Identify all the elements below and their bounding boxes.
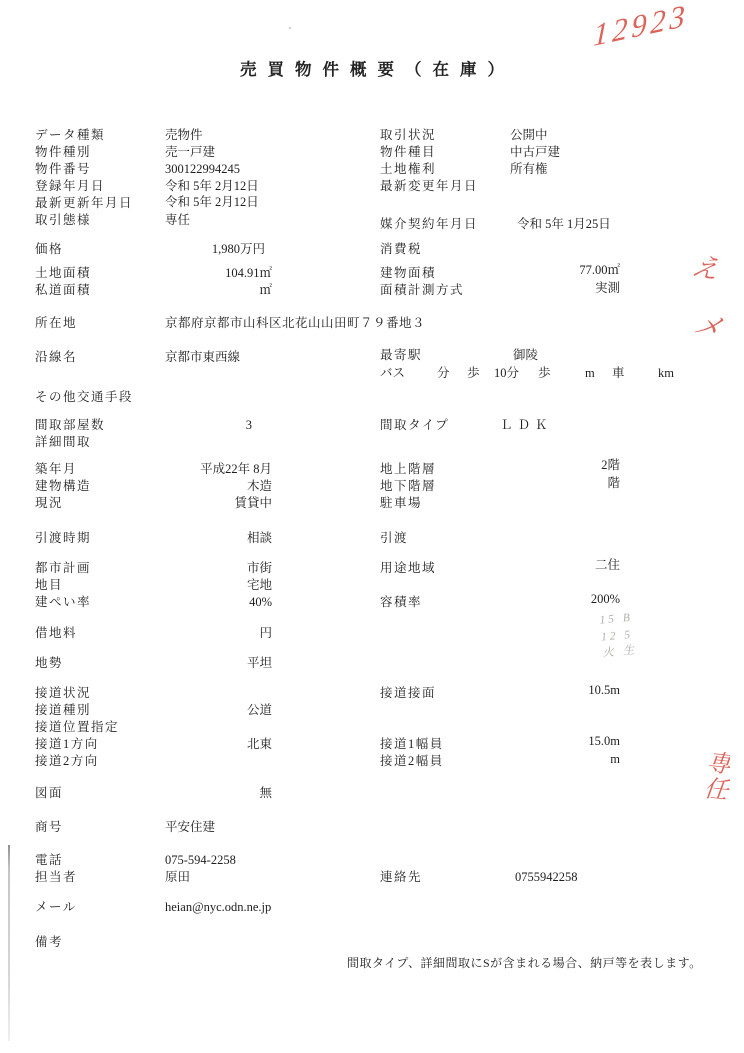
field-value-road1-width: 15.0m (470, 734, 620, 750)
field-value-terrain: 平坦 (150, 656, 272, 672)
transit-token-min: 分 (437, 366, 450, 382)
field-label-private-road: 私道面積 (35, 283, 91, 299)
field-value-brokerage-date: 令和 5年 1月25日 (517, 217, 611, 233)
field-label-road1-width: 接道1幅員 (380, 737, 444, 753)
field-label-property-no: 物件番号 (35, 162, 91, 178)
field-label-property-kind: 物件種別 (35, 145, 91, 161)
field-value-land-area: 104.91㎡ (150, 266, 272, 282)
field-value-land-rights: 所有権 (510, 162, 548, 178)
field-label-transaction-mode: 取引態様 (35, 213, 91, 229)
field-value-reg-date: 令和 5年 2月12日 (165, 179, 259, 195)
field-label-road-position: 接道位置指定 (35, 720, 119, 736)
field-label-floors-below: 地下階層 (380, 479, 436, 495)
field-value-drawing: 無 (150, 786, 272, 802)
transit-token-m: m (585, 366, 595, 382)
field-value-zoning: 二住 (470, 558, 620, 574)
pencil-scribble: 15 B 12 5 火 生 (599, 610, 638, 663)
field-label-data-type: データ種類 (35, 128, 105, 144)
field-label-far: 容積率 (380, 595, 422, 611)
field-value-road1-dir: 北東 (150, 737, 272, 753)
field-value-property-kind: 売一戸建 (165, 145, 215, 161)
field-value-transaction-mode: 専任 (165, 213, 190, 229)
field-value-measure-method: 実測 (470, 281, 620, 297)
field-value-land-rent: 円 (150, 626, 272, 642)
field-value-rooms: 3 (150, 418, 252, 434)
field-label-current-state: 現況 (35, 496, 63, 512)
field-value-email: heian@nyc.odn.ne.jp (165, 900, 271, 916)
field-label-layout-type: 間取タイプ (380, 418, 449, 434)
field-value-contact: 0755942258 (515, 870, 578, 886)
transit-token-km: km (658, 366, 674, 382)
field-label-structure: 建物構造 (35, 479, 91, 495)
scan-artifact-speck (289, 27, 291, 29)
field-value-data-type: 売物件 (165, 128, 203, 144)
field-value-handover-time: 相談 (150, 531, 272, 547)
field-value-deal-status: 公開中 (510, 128, 548, 144)
field-label-station: 最寄駅 (380, 348, 422, 364)
field-label-land-area: 土地面積 (35, 266, 91, 282)
field-label-land-category: 地目 (35, 578, 63, 594)
page-title: 売買物件概要（在庫） (0, 60, 744, 81)
handwritten-side-mark-2: メ (690, 308, 728, 346)
field-value-line-name: 京都市東西線 (165, 350, 240, 366)
transit-token-car: 車 (612, 366, 625, 382)
field-label-road2-dir: 接道2方向 (35, 754, 99, 770)
field-label-land-rights: 土地権利 (380, 162, 436, 178)
field-label-land-rent: 借地料 (35, 626, 77, 642)
field-label-last-update: 最新更新年月日 (35, 196, 133, 212)
field-label-zoning: 用途地域 (380, 561, 436, 577)
field-value-city-plan: 市街 (150, 561, 272, 577)
field-label-phone: 電話 (35, 853, 63, 869)
handwritten-vertical-note: 専任 (696, 749, 731, 804)
field-label-road-status: 接道状況 (35, 686, 91, 702)
field-value-property-no: 300122994245 (165, 162, 240, 178)
field-label-handover-time: 引渡時期 (35, 531, 91, 547)
field-label-property-category: 物件種目 (380, 145, 436, 161)
field-value-building-area: 77.00㎡ (470, 263, 620, 279)
field-label-layout-detail: 詳細間取 (35, 435, 91, 451)
field-label-drawing: 図面 (35, 786, 63, 802)
field-value-road2-width: m (470, 752, 620, 768)
field-label-remarks: 備考 (35, 935, 63, 951)
transit-token-walk-min: 10分 (494, 366, 519, 382)
field-label-road2-width: 接道2幅員 (380, 754, 444, 770)
footer-note: 間取タイプ、詳細間取にSが含まれる場合、納戸等を表します。 (347, 956, 702, 971)
field-label-built: 築年月 (35, 462, 77, 478)
pencil-line: 火 生 (602, 645, 638, 660)
field-value-station: 御陵 (513, 348, 538, 364)
field-value-built: 平成22年 8月 (150, 462, 272, 478)
field-label-price: 価格 (35, 242, 63, 258)
field-label-deal-status: 取引状況 (380, 128, 436, 144)
field-value-contact-person: 原田 (165, 870, 190, 886)
transit-token-walk2: 歩 (538, 366, 551, 382)
field-value-floors-below: 階 (470, 476, 620, 492)
field-value-company: 平安住建 (165, 820, 215, 836)
field-label-measure-method: 面積計測方式 (380, 283, 464, 299)
handwritten-side-mark-1: え (687, 250, 724, 287)
field-value-road-frontage: 10.5m (470, 683, 620, 699)
field-label-company: 商号 (35, 820, 63, 836)
field-label-bcr: 建ぺい率 (35, 595, 91, 611)
field-value-property-category: 中古戸建 (510, 145, 560, 161)
field-label-building-area: 建物面積 (380, 266, 436, 282)
field-value-land-category: 宅地 (150, 578, 272, 594)
field-label-tax: 消費税 (380, 242, 422, 258)
scanned-property-sheet: 売買物件概要（在庫） 12923 え メ 専任 15 B 12 5 火 生 デー… (0, 0, 744, 1053)
field-label-parking: 駐車場 (380, 496, 422, 512)
field-label-rooms: 間取部屋数 (35, 418, 105, 434)
field-label-handover: 引渡 (380, 531, 408, 547)
field-label-location: 所在地 (35, 316, 77, 332)
field-label-email: メール (35, 900, 77, 916)
field-label-contact-person: 担当者 (35, 870, 77, 886)
field-value-road-type: 公道 (150, 703, 272, 719)
field-value-bcr: 40% (150, 595, 272, 611)
field-value-floors-above: 2階 (470, 458, 620, 474)
field-value-private-road: ㎡ (150, 283, 272, 299)
field-value-layout-type: ＬＤＫ (500, 418, 553, 434)
field-label-contact: 連絡先 (380, 870, 422, 886)
field-value-far: 200% (470, 592, 620, 608)
field-label-other-transit: その他交通手段 (35, 390, 133, 406)
field-label-road1-dir: 接道1方向 (35, 737, 99, 753)
field-label-terrain: 地勢 (35, 656, 63, 672)
field-value-phone: 075-594-2258 (165, 853, 236, 869)
field-label-brokerage-date: 媒介契約年月日 (380, 217, 478, 233)
field-label-line-name: 沿線名 (35, 350, 77, 366)
field-value-current-state: 賃貸中 (150, 496, 272, 512)
pencil-line: 15 B (599, 612, 633, 627)
handwritten-ref-number: 12923 (593, 0, 690, 56)
scan-artifact-line (8, 845, 10, 1041)
field-value-structure: 木造 (150, 479, 272, 495)
field-value-last-update: 令和 5年 2月12日 (165, 195, 259, 211)
field-label-last-change: 最新変更年月日 (380, 179, 478, 195)
field-value-price: 1,980万円 (150, 242, 265, 258)
transit-token-bus: バス (380, 366, 405, 382)
field-label-road-frontage: 接道接面 (380, 686, 436, 702)
field-label-road-type: 接道種別 (35, 703, 91, 719)
field-label-reg-date: 登録年月日 (35, 179, 105, 195)
field-value-location: 京都府京都市山科区北花山山田町７９番地３ (165, 316, 425, 332)
transit-token-walk: 歩 (467, 366, 480, 382)
field-label-city-plan: 都市計画 (35, 561, 91, 577)
field-label-floors-above: 地上階層 (380, 462, 436, 478)
pencil-line: 12 5 (601, 628, 634, 643)
